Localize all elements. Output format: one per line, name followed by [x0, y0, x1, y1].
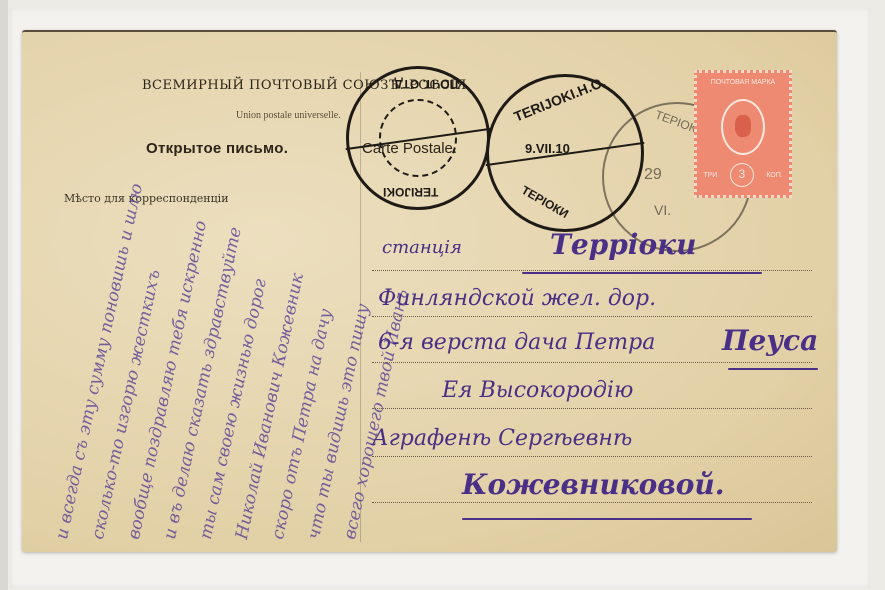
underline — [728, 368, 818, 370]
address-line — [372, 408, 812, 409]
stamp-label: ПОЧТОВАЯ МАРКА — [697, 79, 789, 86]
address-owner: Пеуса — [722, 324, 818, 357]
postmark-text-bottom: TERIJOKI — [383, 185, 438, 199]
address-line — [372, 362, 812, 363]
addressee-name: Аграфенѣ Сергѣевнѣ — [372, 426, 632, 451]
stamp-value-word: ТРИ — [703, 172, 717, 179]
printed-upu: Union postale universelle. — [236, 110, 341, 121]
double-headed-eagle-icon — [721, 99, 765, 155]
postmark-terijoki-name-ru: ТЕРІОКИ — [519, 183, 571, 221]
address-line — [372, 456, 812, 457]
address-line — [372, 270, 812, 271]
album-sleeve-edge — [0, 0, 8, 590]
address-line — [372, 316, 812, 317]
underline — [462, 518, 752, 520]
postmark-faint-day: 29 — [644, 166, 662, 184]
addressee-surname: Кожевниковой. — [462, 468, 724, 501]
postmark-faint-month: VI. — [654, 202, 671, 218]
postmark-circle: ПОЧТ. ОТД. TERIJOKI — [346, 66, 490, 210]
postmark-terijoki-name: TERIJOKI.H.O. — [512, 73, 608, 124]
address-line — [372, 502, 812, 503]
stamp-value-unit: КОП. — [766, 172, 782, 179]
address-prefix: станція — [382, 237, 462, 258]
postage-stamp: ПОЧТОВАЯ МАРКА ТРИ 3 КОП. — [694, 70, 792, 198]
printed-title-ru: Открытое письмо. — [146, 140, 288, 157]
address-town: Терріоки — [550, 228, 696, 261]
address-honorific: Ея Высокородію — [442, 378, 633, 403]
address-dacha: 6-я верста дача Петра — [378, 330, 655, 355]
underline — [522, 272, 762, 274]
postmark-text-top: ПОЧТ. ОТД. — [391, 77, 458, 91]
postmark-terijoki-date: 9.VII.10 — [525, 141, 570, 156]
printed-correspondence-label: Мѣсто для корреспонденціи — [64, 192, 229, 205]
postmark-terijoki: TERIJOKI.H.O. 9.VII.10 ТЕРІОКИ — [486, 74, 644, 232]
postcard: ВСЕМИРНЫЙ ПОЧТОВЫЙ СОЮЗЪ. РОССІЯ Union p… — [22, 30, 837, 552]
stamp-value-number: 3 — [730, 163, 754, 187]
address-railway: Финляндской жел. дор. — [378, 286, 656, 311]
